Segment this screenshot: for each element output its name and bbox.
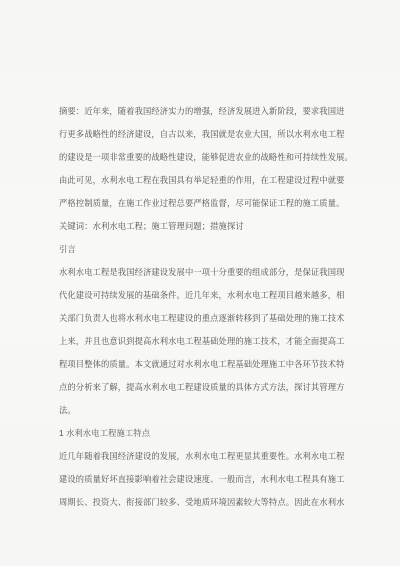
text-block: 摘要：近年来，随着我国经济实力的增强，经济发展进入新阶段，要求我国进 行更多战略… <box>59 100 349 514</box>
intro-line: 关部门负责人也将水利水电工程建设的重点逐渐转移到了基础处理的施工技术 <box>59 307 349 330</box>
intro-heading: 引言 <box>59 238 349 261</box>
document-page: 摘要：近年来，随着我国经济实力的增强，经济发展进入新阶段，要求我国进 行更多战略… <box>0 0 400 566</box>
abstract-line: 严格控制质量，在施工作业过程总要严格监督，尽可能保证工程的施工质量。 <box>59 192 349 215</box>
keywords-line: 关键词：水利水电工程；施工管理问题；措施探讨 <box>59 215 349 238</box>
section-1-heading: 1 水利水电工程施工特点 <box>59 422 349 445</box>
intro-line: 上来，并且也意识到提高水利水电工程基础处理的施工技术，才能全面提高工 <box>59 330 349 353</box>
section-1-line: 近几年随着我国经济建设的发展，水利水电工程更显其重要性。水利水电工程 <box>59 445 349 468</box>
intro-line: 法。 <box>59 399 349 422</box>
intro-line: 点的分析来了解，提高水利水电工程建设质量的具体方式方法，探讨其管理方 <box>59 376 349 399</box>
intro-line: 代化建设可持续发展的基础条件。近几年来，水利水电工程项目越来越多，相 <box>59 284 349 307</box>
abstract-line: 由此可见，水利水电工程在我国具有举足轻重的作用，在工程建设过程中就要 <box>59 169 349 192</box>
section-1-line: 周期长、投资大、衔接部门较多、受地质环境因素较大等特点。因此在水利水 <box>59 491 349 514</box>
abstract-line: 摘要：近年来，随着我国经济实力的增强，经济发展进入新阶段，要求我国进 <box>59 100 349 123</box>
abstract-line: 的建设是一项非常重要的战略性建设，能够促进农业的战略性和可持续性发展。 <box>59 146 349 169</box>
section-1-line: 建设的质量好坏直接影响着社会建设速度、一般而言，水利水电工程具有施工 <box>59 468 349 491</box>
intro-line: 水利水电工程是我国经济建设发展中一项十分重要的组成部分，是保证我国现 <box>59 261 349 284</box>
abstract-line: 行更多战略性的经济建设，自古以来，我国就是农业大国，所以水利水电工程 <box>59 123 349 146</box>
intro-line: 程项目整体的质量。本文就通过对水利水电工程基础处理施工中各环节技术特 <box>59 353 349 376</box>
